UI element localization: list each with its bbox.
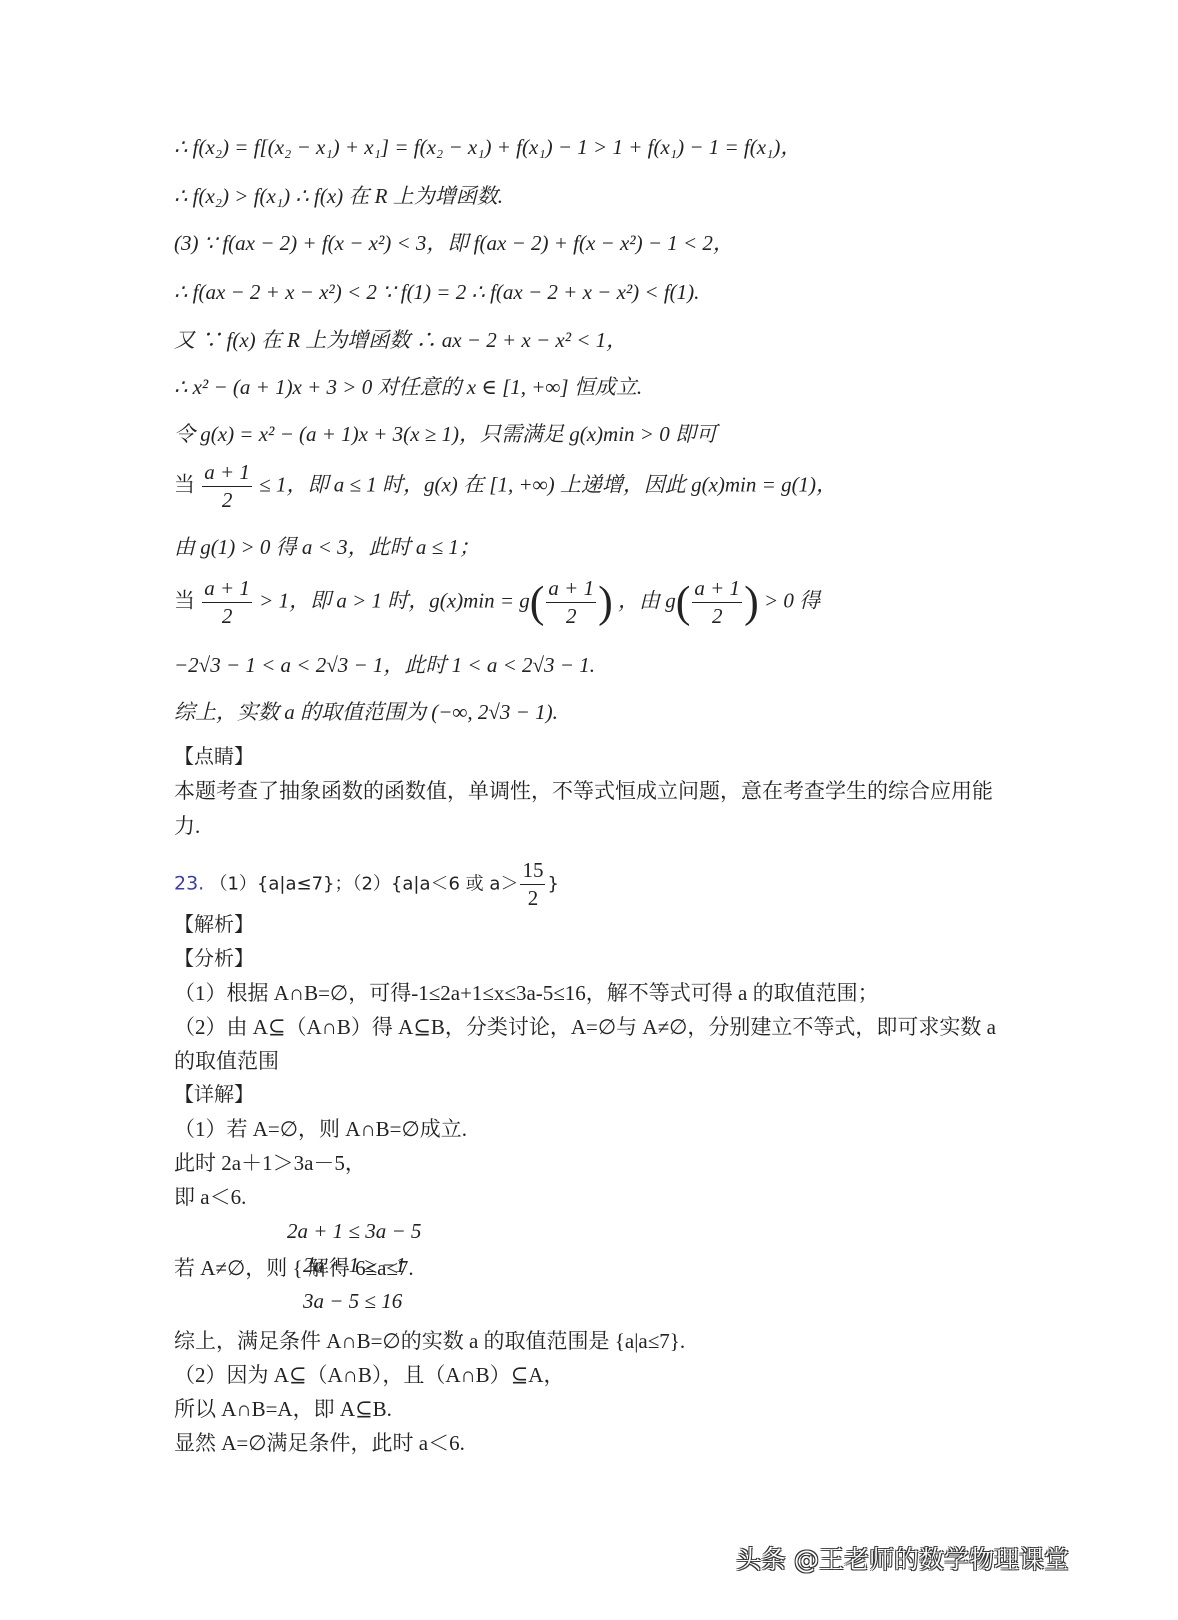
answer-text: （1）{a|a≤7}；（2）{a|a＜6 或 a＞ — [209, 873, 518, 894]
fraction-denominator: 2 — [692, 603, 742, 627]
proof-line-1: ∴ f(x₂) = f[(x₂ − x₁) + x₁] = f(x₂ − x₁)… — [174, 132, 801, 162]
section-heading-jiexi: 【解析】 — [174, 910, 254, 940]
answer-close: } — [547, 873, 558, 894]
part3-line-3: 又 ∵ f(x) 在 R 上为增函数 ∴ ax − 2 + x − x² < 1… — [174, 325, 627, 355]
part3-line-4: ∴ x² − (a + 1)x + 3 > 0 对任意的 x ∈ [1, +∞]… — [174, 372, 642, 402]
inequality-system-row-2: 2a + 1 ≥ −1 — [303, 1253, 406, 1278]
part3-line-2: ∴ f(ax − 2 + x − x²) < 2 ∵ f(1) = 2 ∴ f(… — [174, 277, 699, 307]
detail-line-6: （2）因为 A⊆（A∩B），且（A∩B）⊆A， — [174, 1360, 564, 1390]
case2-text-1: > 1，即 a > 1 时，g(x)min = g — [259, 588, 530, 612]
fraction-denominator: 2 — [202, 603, 252, 627]
fraction: a + 1 2 — [546, 578, 596, 627]
comment-line-2: 力. — [174, 811, 200, 841]
fraction-denominator: 2 — [202, 487, 252, 511]
detail-line-3: 即 a＜6. — [174, 1182, 246, 1212]
inequality-system-row-1: 2a + 1 ≤ 3a − 5 — [287, 1219, 421, 1244]
fraction-numerator: a + 1 — [692, 578, 742, 603]
comment-line-1: 本题考查了抽象函数的函数值，单调性，不等式恒成立问题，意在考查学生的综合应用能 — [174, 776, 993, 806]
case1-prefix: 当 — [174, 472, 195, 496]
detail-line-5: 综上，满足条件 A∩B=∅的实数 a 的取值范围是 {a|a≤7}. — [174, 1326, 685, 1356]
proof-line-2: ∴ f(x₂) > f(x₁) ∴ f(x) 在 R 上为增函数. — [174, 181, 503, 211]
fraction: a + 1 2 — [202, 462, 252, 511]
fraction-numerator: a + 1 — [546, 578, 596, 603]
case2-text-3: > 0 得 — [764, 588, 820, 612]
case2-result: −2√3 − 1 < a < 2√3 − 1，此时 1 < a < 2√3 − … — [174, 650, 595, 680]
analysis-line-3: 的取值范围 — [174, 1046, 279, 1076]
inequality-system-row-3: 3a − 5 ≤ 16 — [303, 1289, 402, 1314]
fraction-denominator: 2 — [520, 885, 545, 909]
detail-line-2: 此时 2a＋1＞3a－5， — [174, 1148, 366, 1178]
section-heading-dianjing: 【点睛】 — [174, 742, 254, 772]
case1-result: 由 g(1) > 0 得 a < 3，此时 a ≤ 1； — [174, 532, 480, 562]
case1-line: 当 a + 1 2 ≤ 1，即 a ≤ 1 时，g(x) 在 [1, +∞) 上… — [174, 462, 837, 511]
fraction: a + 1 2 — [692, 578, 742, 627]
part3-line-5: 令 g(x) = x² − (a + 1)x + 3(x ≥ 1)，只需满足 g… — [174, 419, 717, 449]
fraction-denominator: 2 — [546, 603, 596, 627]
part3-line-1: (3) ∵ f(ax − 2) + f(x − x²) < 3，即 f(ax −… — [174, 228, 734, 258]
case2-text-2: ，由 g — [618, 588, 676, 612]
fraction-numerator: a + 1 — [202, 462, 252, 487]
watermark: 头条 @王老师的数学物理课堂 — [736, 1540, 1069, 1576]
case1-rest: ≤ 1，即 a ≤ 1 时，g(x) 在 [1, +∞) 上递增，因此 g(x)… — [259, 472, 837, 496]
detail-line-1: （1）若 A=∅，则 A∩B=∅成立. — [174, 1114, 467, 1144]
fraction: 15 2 — [520, 860, 545, 909]
case2-line: 当 a + 1 2 > 1，即 a > 1 时，g(x)min = g( a +… — [174, 578, 820, 627]
detail-line-7: 所以 A∩B=A，即 A⊆B. — [174, 1394, 392, 1424]
fraction-numerator: 15 — [520, 860, 545, 885]
question-number: 23. — [174, 872, 204, 894]
fraction-numerator: a + 1 — [202, 578, 252, 603]
analysis-line-1: （1）根据 A∩B=∅，可得-1≤2a+1≤x≤3a-5≤16，解不等式可得 a… — [174, 978, 879, 1008]
conclusion-line: 综上，实数 a 的取值范围为 (−∞, 2√3 − 1). — [174, 697, 558, 727]
fraction: a + 1 2 — [202, 578, 252, 627]
document-page: ∴ f(x₂) = f[(x₂ − x₁) + x₁] = f(x₂ − x₁)… — [0, 0, 1178, 1620]
section-heading-xiangjie: 【详解】 — [174, 1080, 254, 1110]
detail-line-8: 显然 A=∅满足条件，此时 a＜6. — [174, 1428, 465, 1458]
section-heading-fenxi: 【分析】 — [174, 944, 254, 974]
analysis-line-2: （2）由 A⊆（A∩B）得 A⊆B，分类讨论，A=∅与 A≠∅，分别建立不等式，… — [174, 1012, 996, 1042]
case2-prefix: 当 — [174, 588, 195, 612]
answer-line-23: 23. （1）{a|a≤7}；（2）{a|a＜6 或 a＞ 15 2 } — [174, 860, 559, 909]
